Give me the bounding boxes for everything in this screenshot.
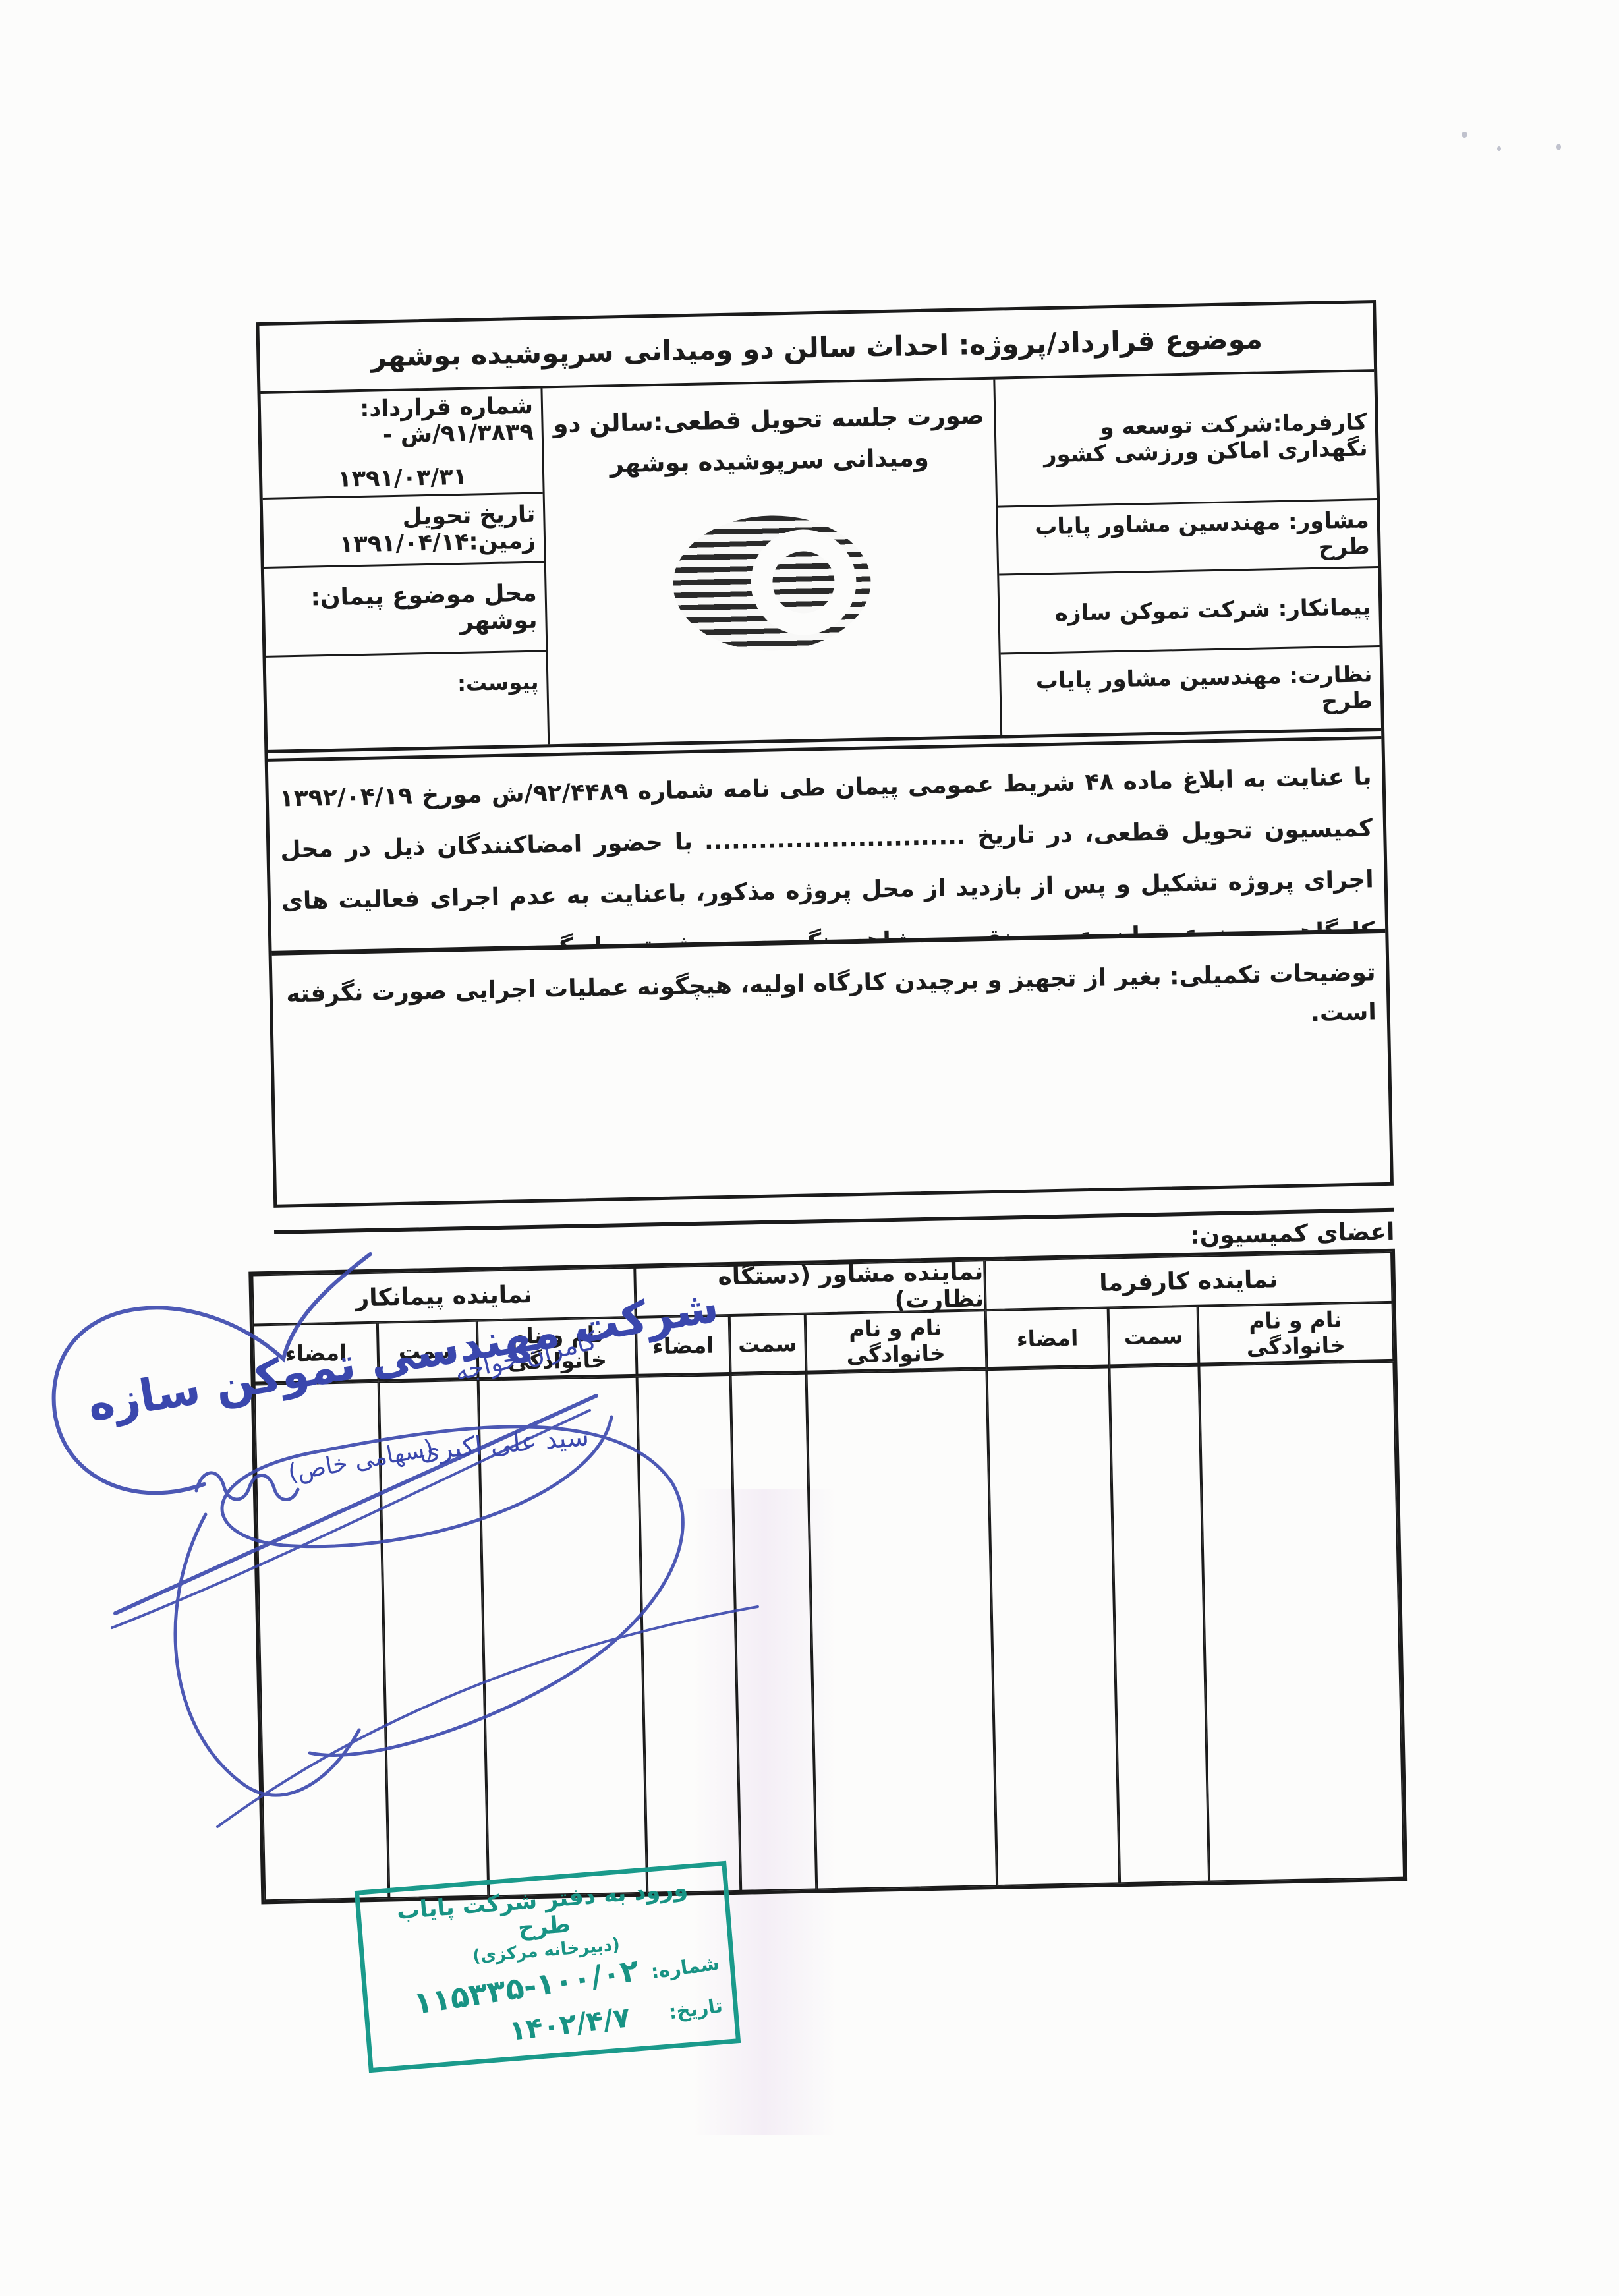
delivery-minutes-form: موضوع قرارداد/پروژه: احداث سالن دو ومیدا…	[229, 300, 1407, 1904]
contract-number-row: شماره قرارداد: ۹۱/۳۸۳۹/ش - ۱۳۹۱/۰۳/۳۱	[261, 388, 543, 499]
col-header-signature: امضاء	[985, 1307, 1109, 1369]
table-cell-empty	[1110, 1365, 1209, 1884]
table-cell-empty	[730, 1373, 816, 1891]
contract-number-line2: ۱۳۹۱/۰۳/۳۱	[270, 462, 535, 494]
employer-row: کارفرما:شرکت توسعه و نگهداری اماکن ورزشی…	[995, 372, 1377, 508]
table-cell-empty	[1199, 1362, 1404, 1882]
minutes-title-line2: ومیدانی سرپوشیده بوشهر	[544, 436, 995, 486]
stamp-date-value: ۱۴۰۲/۴/۷	[507, 2001, 631, 2047]
company-logo-icon	[671, 513, 872, 652]
contract-location-row: محل موضوع پیمان: بوشهر	[264, 563, 546, 658]
info-section: کارفرما:شرکت توسعه و نگهداری اماکن ورزشی…	[260, 369, 1381, 753]
minutes-title: صورت جلسه تحویل قطعی:سالن دو ومیدانی سرپ…	[543, 395, 995, 486]
supervision-row: نظارت: مهندسین مشاور پایاب طرح	[1001, 647, 1381, 735]
office-entry-stamp: ورود به دفتر شرکت پایاب طرح (دبیرخانه مر…	[355, 1861, 741, 2073]
scan-speck	[1497, 146, 1501, 151]
stamp-date-label: تاریخ:	[667, 1994, 724, 2024]
col-header-position: سمت	[1108, 1306, 1199, 1367]
table-cell-empty	[986, 1367, 1120, 1886]
body-paragraph: با عنایت به ابلاغ ماده ۴۸ شریط عمومی پیم…	[268, 736, 1386, 951]
parties-column: کارفرما:شرکت توسعه و نگهداری اماکن ورزشی…	[995, 372, 1381, 735]
contract-info-table: موضوع قرارداد/پروژه: احداث سالن دو ومیدا…	[256, 300, 1394, 1208]
land-delivery-date-row: تاریخ تحویل زمین:۱۳۹۱/۰۴/۱۴	[263, 494, 544, 569]
attachment-row: پیوست:	[266, 652, 548, 750]
col-header-name: نام و نام خانوادگی	[805, 1310, 986, 1373]
scan-speck	[1556, 144, 1561, 150]
contract-number-line1: شماره قرارداد: ۹۱/۳۸۳۹/ش -	[269, 392, 534, 450]
group-header-employer: نماینده کارفرما	[984, 1252, 1393, 1310]
scan-speck	[1462, 132, 1467, 138]
table-cell-empty	[806, 1369, 997, 1889]
contractor-row: پیمانکار: شرکت تموکن سازه	[999, 568, 1379, 655]
stamp-number-label: شماره:	[650, 1952, 721, 1983]
minutes-column: صورت جلسه تحویل قطعی:سالن دو ومیدانی سرپ…	[540, 380, 1002, 745]
col-header-position: سمت	[729, 1314, 806, 1375]
contract-meta-column: شماره قرارداد: ۹۱/۳۸۳۹/ش - ۱۳۹۱/۰۳/۳۱ تا…	[261, 388, 548, 749]
additional-notes: توضیحات تکمیلی: بغیر از تجهیز و برچیدن ک…	[271, 929, 1390, 1205]
table-cell-empty	[637, 1375, 741, 1893]
col-header-name: نام و نام خانوادگی	[1197, 1302, 1394, 1365]
consultant-row: مشاور: مهندسین مشاور پایاب طرح	[998, 500, 1378, 576]
scanned-document-page: موضوع قرارداد/پروژه: احداث سالن دو ومیدا…	[0, 0, 1619, 2296]
